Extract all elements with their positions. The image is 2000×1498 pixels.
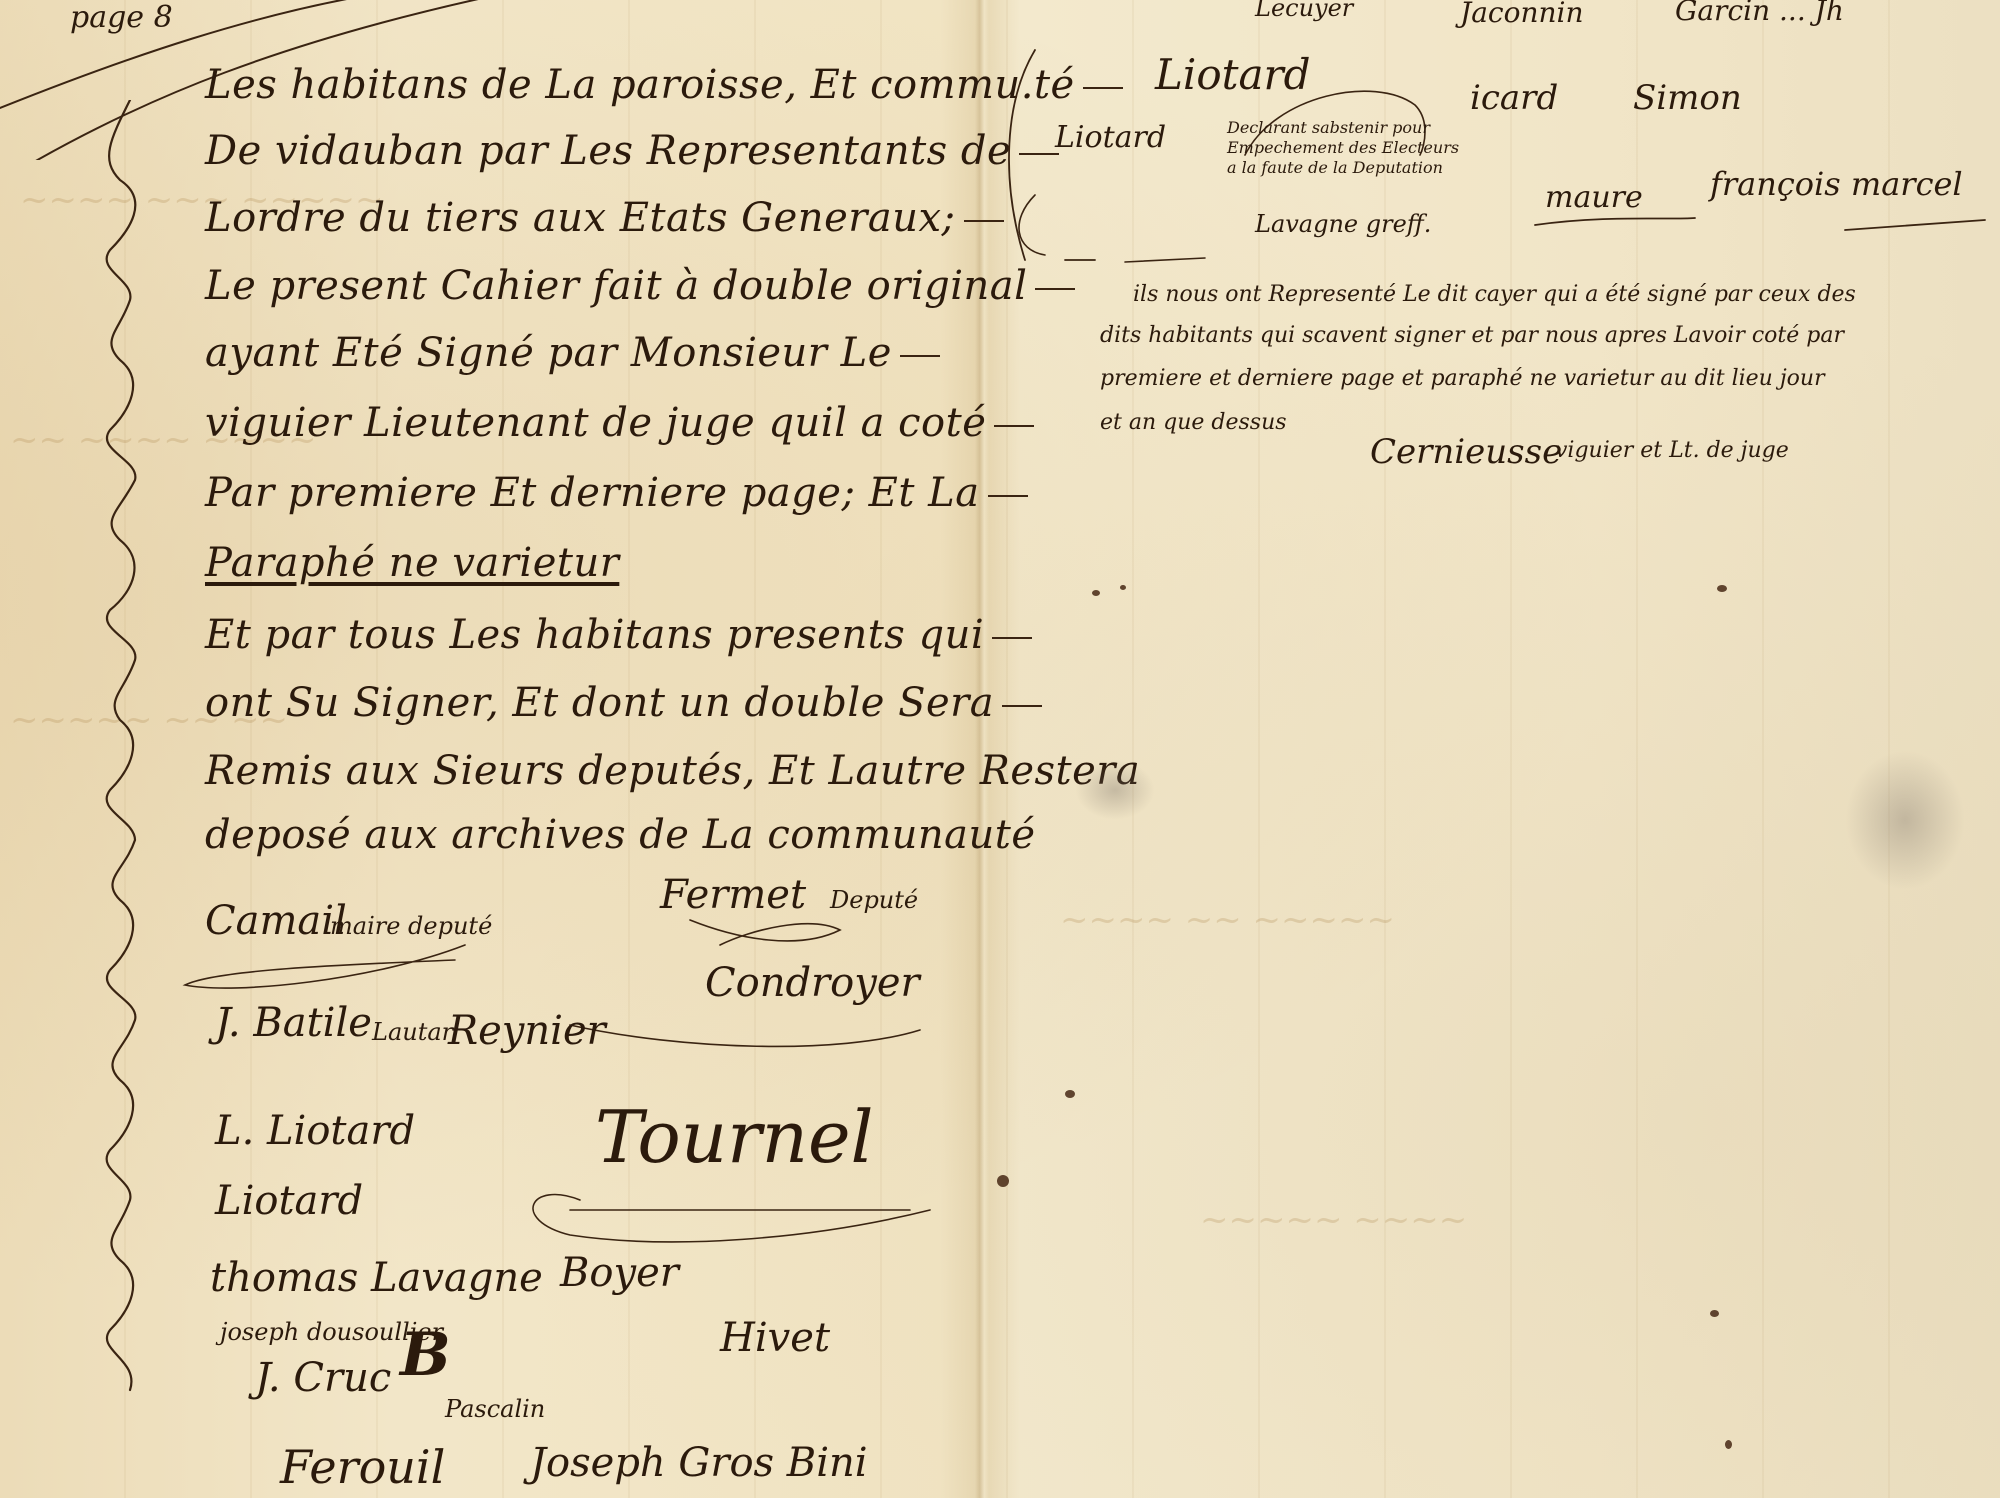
thumb-smudge: [1075, 760, 1155, 820]
ink-speck: [1120, 585, 1126, 590]
ink-stain: [997, 1175, 1009, 1187]
body-line-3: Lordre du tiers aux Etats Generaux;: [205, 195, 1004, 241]
signature-lautar: Lautar: [372, 1018, 453, 1046]
signature-ferouil: Ferouil: [280, 1440, 445, 1494]
signature-tournel: Tournel: [595, 1095, 874, 1179]
signature-jaconnin: Jaconnin: [1460, 0, 1584, 29]
signature-liotard: Liotard: [215, 1178, 363, 1224]
signature-flourish: [680, 910, 850, 960]
signature-boyer: Boyer: [560, 1250, 679, 1296]
signature-camail: Camail: [205, 898, 347, 944]
wavy-margin-line: [90, 100, 170, 1498]
body-line-6: viguier Lieutenant de juge quil a coté: [205, 400, 1034, 446]
abstention-note-line-2: Empechement des Electeurs: [1227, 138, 1459, 158]
right-page: Lecuyer Jaconnin Garcin ... Jh Liotard i…: [985, 0, 2000, 1498]
signature-reynier: Reynier: [448, 1008, 606, 1054]
closing-signature-title: viguier et Lt. de juge: [1555, 438, 1789, 463]
signature-cruc: J. Cruc: [255, 1355, 391, 1401]
signature-hivet: Hivet: [720, 1315, 830, 1361]
signature-flourish: [560, 1010, 930, 1060]
signature-condroyer: Condroyer: [705, 960, 920, 1006]
closing-signature: Cernieusse: [1370, 432, 1562, 472]
ink-speck: [1710, 1310, 1719, 1317]
body-line-5: ayant Eté Signé par Monsieur Le: [205, 330, 940, 376]
body-line-8: Paraphé ne varietur: [205, 540, 619, 586]
signature-partial-top-right: Garcin ... Jh: [1675, 0, 1844, 27]
signature-batile: J. Batile: [215, 1000, 372, 1046]
abstention-note: Declarant sabstenir pour Empechement des…: [1227, 118, 1459, 178]
ink-speck: [1065, 1090, 1075, 1098]
body-line-10: ont Su Signer, Et dont un double Sera: [205, 680, 1042, 726]
signature-joseph-gros-bini: Joseph Gros Bini: [530, 1440, 868, 1486]
attestation-line-2: dits habitants qui scavent signer et par…: [1100, 323, 1844, 348]
ink-speck: [1725, 1440, 1732, 1449]
ink-speck: [1092, 590, 1100, 596]
signature-lavagne-greffier: Lavagne greff.: [1255, 210, 1431, 238]
signature-simon: Simon: [1633, 78, 1742, 118]
signature-pascalin: Pascalin: [445, 1395, 545, 1423]
signature-flourish: [1525, 210, 1995, 250]
mark-b: B: [400, 1320, 451, 1390]
ink-speck: [1717, 585, 1727, 592]
manuscript-spread: ~~~~ ~~~ ~~~~~ ~~ ~~~~ ~~~~ ~~~~~ ~~ ~~ …: [0, 0, 2000, 1498]
attestation-line-1: ils nous ont Representé Le dit cayer qui…: [1133, 282, 1856, 307]
left-page: page 8 Les habitans de La paroisse, Et c…: [0, 0, 985, 1498]
body-line-12: deposé aux archives de La communauté: [205, 812, 1036, 858]
thumb-smudge: [1845, 750, 1965, 890]
signature-thomas-lavagne: thomas Lavagne: [210, 1255, 543, 1301]
attestation-line-3: premiere et derniere page et paraphé ne …: [1100, 366, 1825, 391]
body-line-9: Et par tous Les habitans presents qui: [205, 612, 1032, 658]
body-line-2: De vidauban par Les Representants de: [205, 128, 1059, 174]
body-line-7: Par premiere Et derniere page; Et La: [205, 470, 1028, 516]
signature-camail-title: maire deputé: [330, 912, 492, 940]
signature-l-liotard: L. Liotard: [215, 1108, 415, 1154]
signature-francois-marcel: françois marcel: [1710, 165, 1963, 203]
bracket-stroke: [1005, 190, 1235, 270]
signature-icard: icard: [1470, 78, 1558, 118]
abstention-note-line-3: a la faute de la Deputation: [1227, 158, 1459, 178]
signature-flourish: [175, 940, 475, 1000]
body-line-4: Le present Cahier fait à double original: [205, 263, 1075, 309]
signature-flourish: [510, 1170, 950, 1250]
signature-liotard-mid: Liotard: [1055, 120, 1166, 155]
signature-partial-top-left: Lecuyer: [1255, 0, 1353, 22]
abstention-note-line-1: Declarant sabstenir pour: [1227, 118, 1459, 138]
attestation-line-4: et an que dessus: [1100, 410, 1287, 435]
